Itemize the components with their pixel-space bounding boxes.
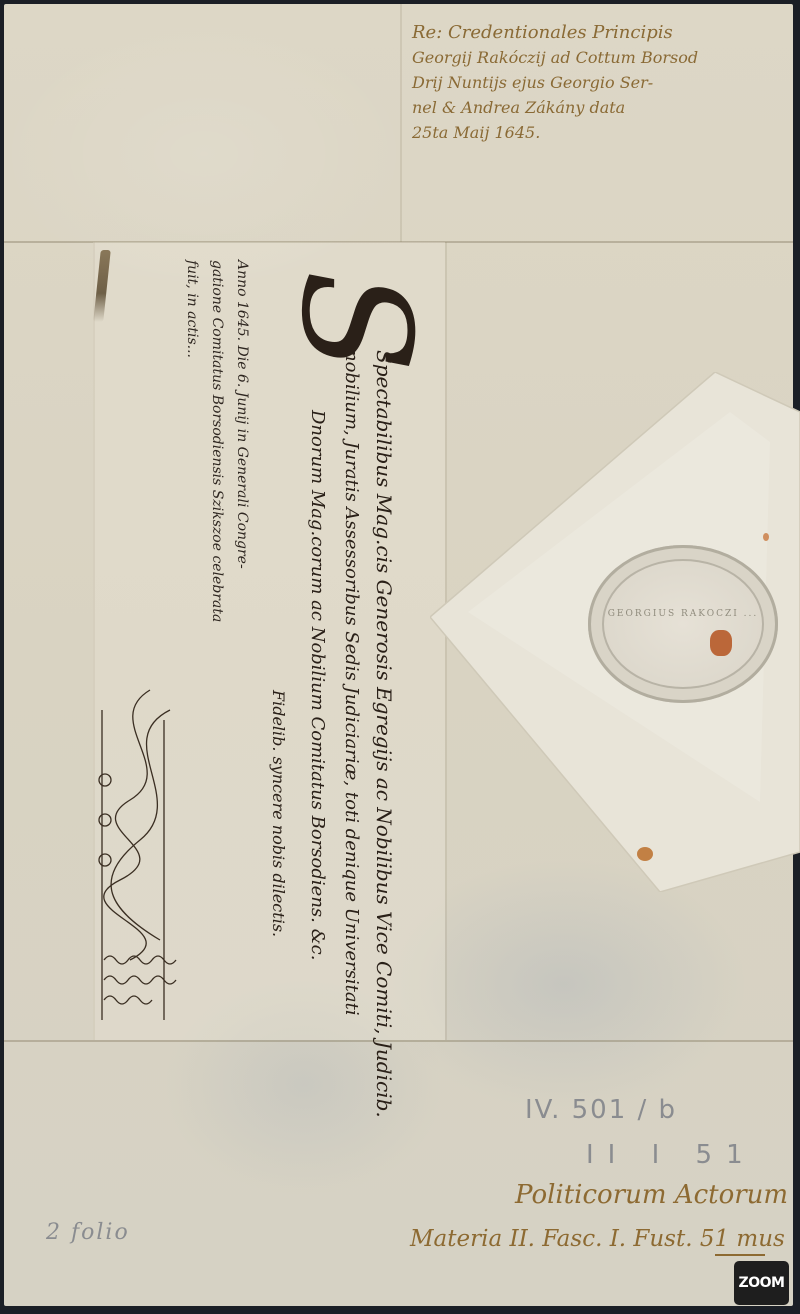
archive-notation-line: Politicorum Actorum bbox=[515, 1180, 788, 1210]
address-note-line: Anno 1645. Die 6. Junij in Generali Cong… bbox=[234, 260, 250, 569]
address-line: Dnorum Mag.corum ac Nobilium Comitatus B… bbox=[307, 410, 328, 960]
archive-underline bbox=[715, 1254, 765, 1256]
endorsement-line: nel & Andrea Zákány data bbox=[412, 95, 797, 120]
archive-notation-line: Materia II. Fasc. I. Fust. 51 mus bbox=[410, 1226, 785, 1252]
endorsement-line: Georgij Rakóczij ad Cottum Borsod bbox=[412, 45, 797, 70]
fold-line-center bbox=[400, 4, 402, 242]
zoom-logo-label: ZOOM bbox=[739, 1275, 785, 1291]
endorsement-note: Re: Credentionales Principis Georgij Rak… bbox=[412, 20, 797, 145]
endorsement-line: Drij Nuntijs ejus Georgio Ser- bbox=[412, 70, 797, 95]
address-line: Spectabilibus Mag.cis Generosis Egregijs… bbox=[372, 350, 396, 1118]
address-note-line: gatione Comitatus Borsodiensis Szikszoe … bbox=[209, 260, 225, 622]
signature-flourish bbox=[90, 680, 200, 1040]
wax-remnant bbox=[763, 533, 769, 541]
endorsement-line: Re: Credentionales Principis bbox=[412, 20, 797, 45]
pencil-reference: II I 51 bbox=[586, 1140, 757, 1170]
fold-line-bottom bbox=[4, 1040, 793, 1042]
zoom-logo[interactable]: ZOOM bbox=[734, 1261, 789, 1305]
folio-count: 2 folio bbox=[46, 1220, 130, 1245]
seal-legend: GEORGIUS RAKOCZI ... bbox=[588, 609, 778, 619]
pencil-reference: IV. 501 / b bbox=[525, 1095, 677, 1125]
address-line: Fidelib. syncere nobis dilectis. bbox=[269, 690, 288, 937]
endorsement-line: 25ta Maij 1645. bbox=[412, 120, 797, 145]
address-note-line: fuit, in actis... bbox=[184, 260, 200, 358]
wax-remnant bbox=[710, 630, 732, 656]
wax-seal: GEORGIUS RAKOCZI ... bbox=[588, 545, 778, 703]
wax-remnant bbox=[637, 847, 653, 861]
address-line: nobilium, Juratis Assessoribus Sedis Jud… bbox=[341, 350, 362, 1016]
